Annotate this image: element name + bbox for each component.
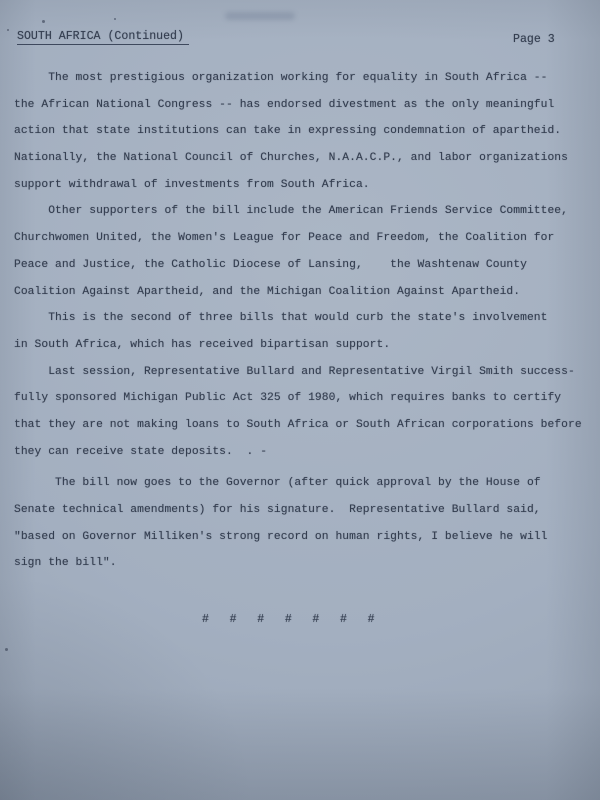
body-line: Peace and Justice, the Catholic Diocese …	[14, 252, 600, 279]
document-body: The most prestigious organization workin…	[14, 65, 600, 577]
ghost-smudge	[225, 12, 295, 20]
end-marks: # # # # # # #	[202, 607, 375, 634]
body-line: the African National Congress -- has end…	[14, 92, 600, 119]
body-line: in South Africa, which has received bipa…	[14, 332, 600, 359]
body-line: Other supporters of the bill include the…	[14, 198, 600, 225]
body-line: The bill now goes to the Governor (after…	[14, 470, 600, 497]
body-line: This is the second of three bills that w…	[14, 305, 600, 332]
body-line: support withdrawal of investments from S…	[14, 172, 600, 199]
paper-speck	[42, 20, 45, 23]
page-number: Page 3	[513, 33, 555, 46]
body-line: fully sponsored Michigan Public Act 325 …	[14, 385, 600, 412]
document-page: SOUTH AFRICA (Continued) Page 3 The most…	[0, 0, 600, 800]
body-line: Coalition Against Apartheid, and the Mic…	[14, 279, 600, 306]
paper-speck	[114, 18, 116, 20]
body-line: action that state institutions can take …	[14, 118, 600, 145]
body-line: Nationally, the National Council of Chur…	[14, 145, 600, 172]
body-line: The most prestigious organization workin…	[14, 65, 600, 92]
body-line: Churchwomen United, the Women's League f…	[14, 225, 600, 252]
body-line: Senate technical amendments) for his sig…	[14, 497, 600, 524]
page-header: SOUTH AFRICA (Continued) Page 3	[17, 30, 600, 50]
body-line: Last session, Representative Bullard and…	[14, 359, 600, 386]
paper-speck	[5, 648, 8, 651]
body-line: sign the bill".	[14, 550, 600, 577]
paper-speck	[7, 29, 9, 31]
body-line: they can receive state deposits. . -	[14, 439, 600, 466]
body-line: that they are not making loans to South …	[14, 412, 600, 439]
body-line: "based on Governor Milliken's strong rec…	[14, 524, 600, 551]
page-title: SOUTH AFRICA (Continued)	[17, 30, 189, 45]
